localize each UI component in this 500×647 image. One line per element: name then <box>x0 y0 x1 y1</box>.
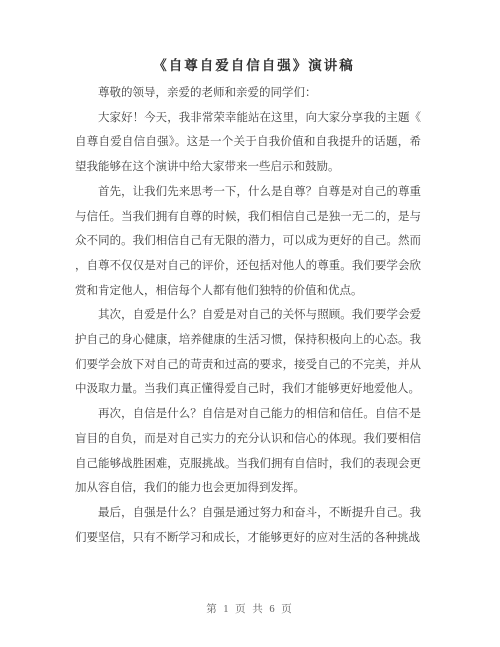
paragraph-opening: 大家好！今天，我非常荣幸能站在这里，向大家分享我的主题《自尊自爱自信自强》。这是… <box>75 106 421 180</box>
document-body: 尊敬的领导，亲爱的老师和亲爱的同学们： 大家好！今天，我非常荣幸能站在这里，向大… <box>75 81 421 550</box>
document-page: 《自尊自爱自信自强》演讲稿 尊敬的领导，亲爱的老师和亲爱的同学们： 大家好！今天… <box>0 0 500 647</box>
page-number-footer: 第 1 页 共 6 页 <box>0 603 500 617</box>
paragraph-self-love: 其次，自爱是什么？自爱是对自己的关怀与照顾。我们要学会爱护自己的身心健康，培养健… <box>75 303 421 402</box>
salutation-line: 尊敬的领导，亲爱的老师和亲爱的同学们： <box>75 81 421 106</box>
paragraph-self-confidence: 再次，自信是什么？自信是对自己能力的相信和信任。自信不是盲目的自负，而是对自己实… <box>75 402 421 501</box>
paragraph-self-esteem: 首先，让我们先来思考一下，什么是自尊？自尊是对自己的尊重与信任。当我们拥有自尊的… <box>75 180 421 304</box>
document-title: 《自尊自爱自信自强》演讲稿 <box>0 57 500 75</box>
paragraph-self-improvement: 最后，自强是什么？自强是通过努力和奋斗，不断提升自己。我们要坚信，只有不断学习和… <box>75 501 421 550</box>
